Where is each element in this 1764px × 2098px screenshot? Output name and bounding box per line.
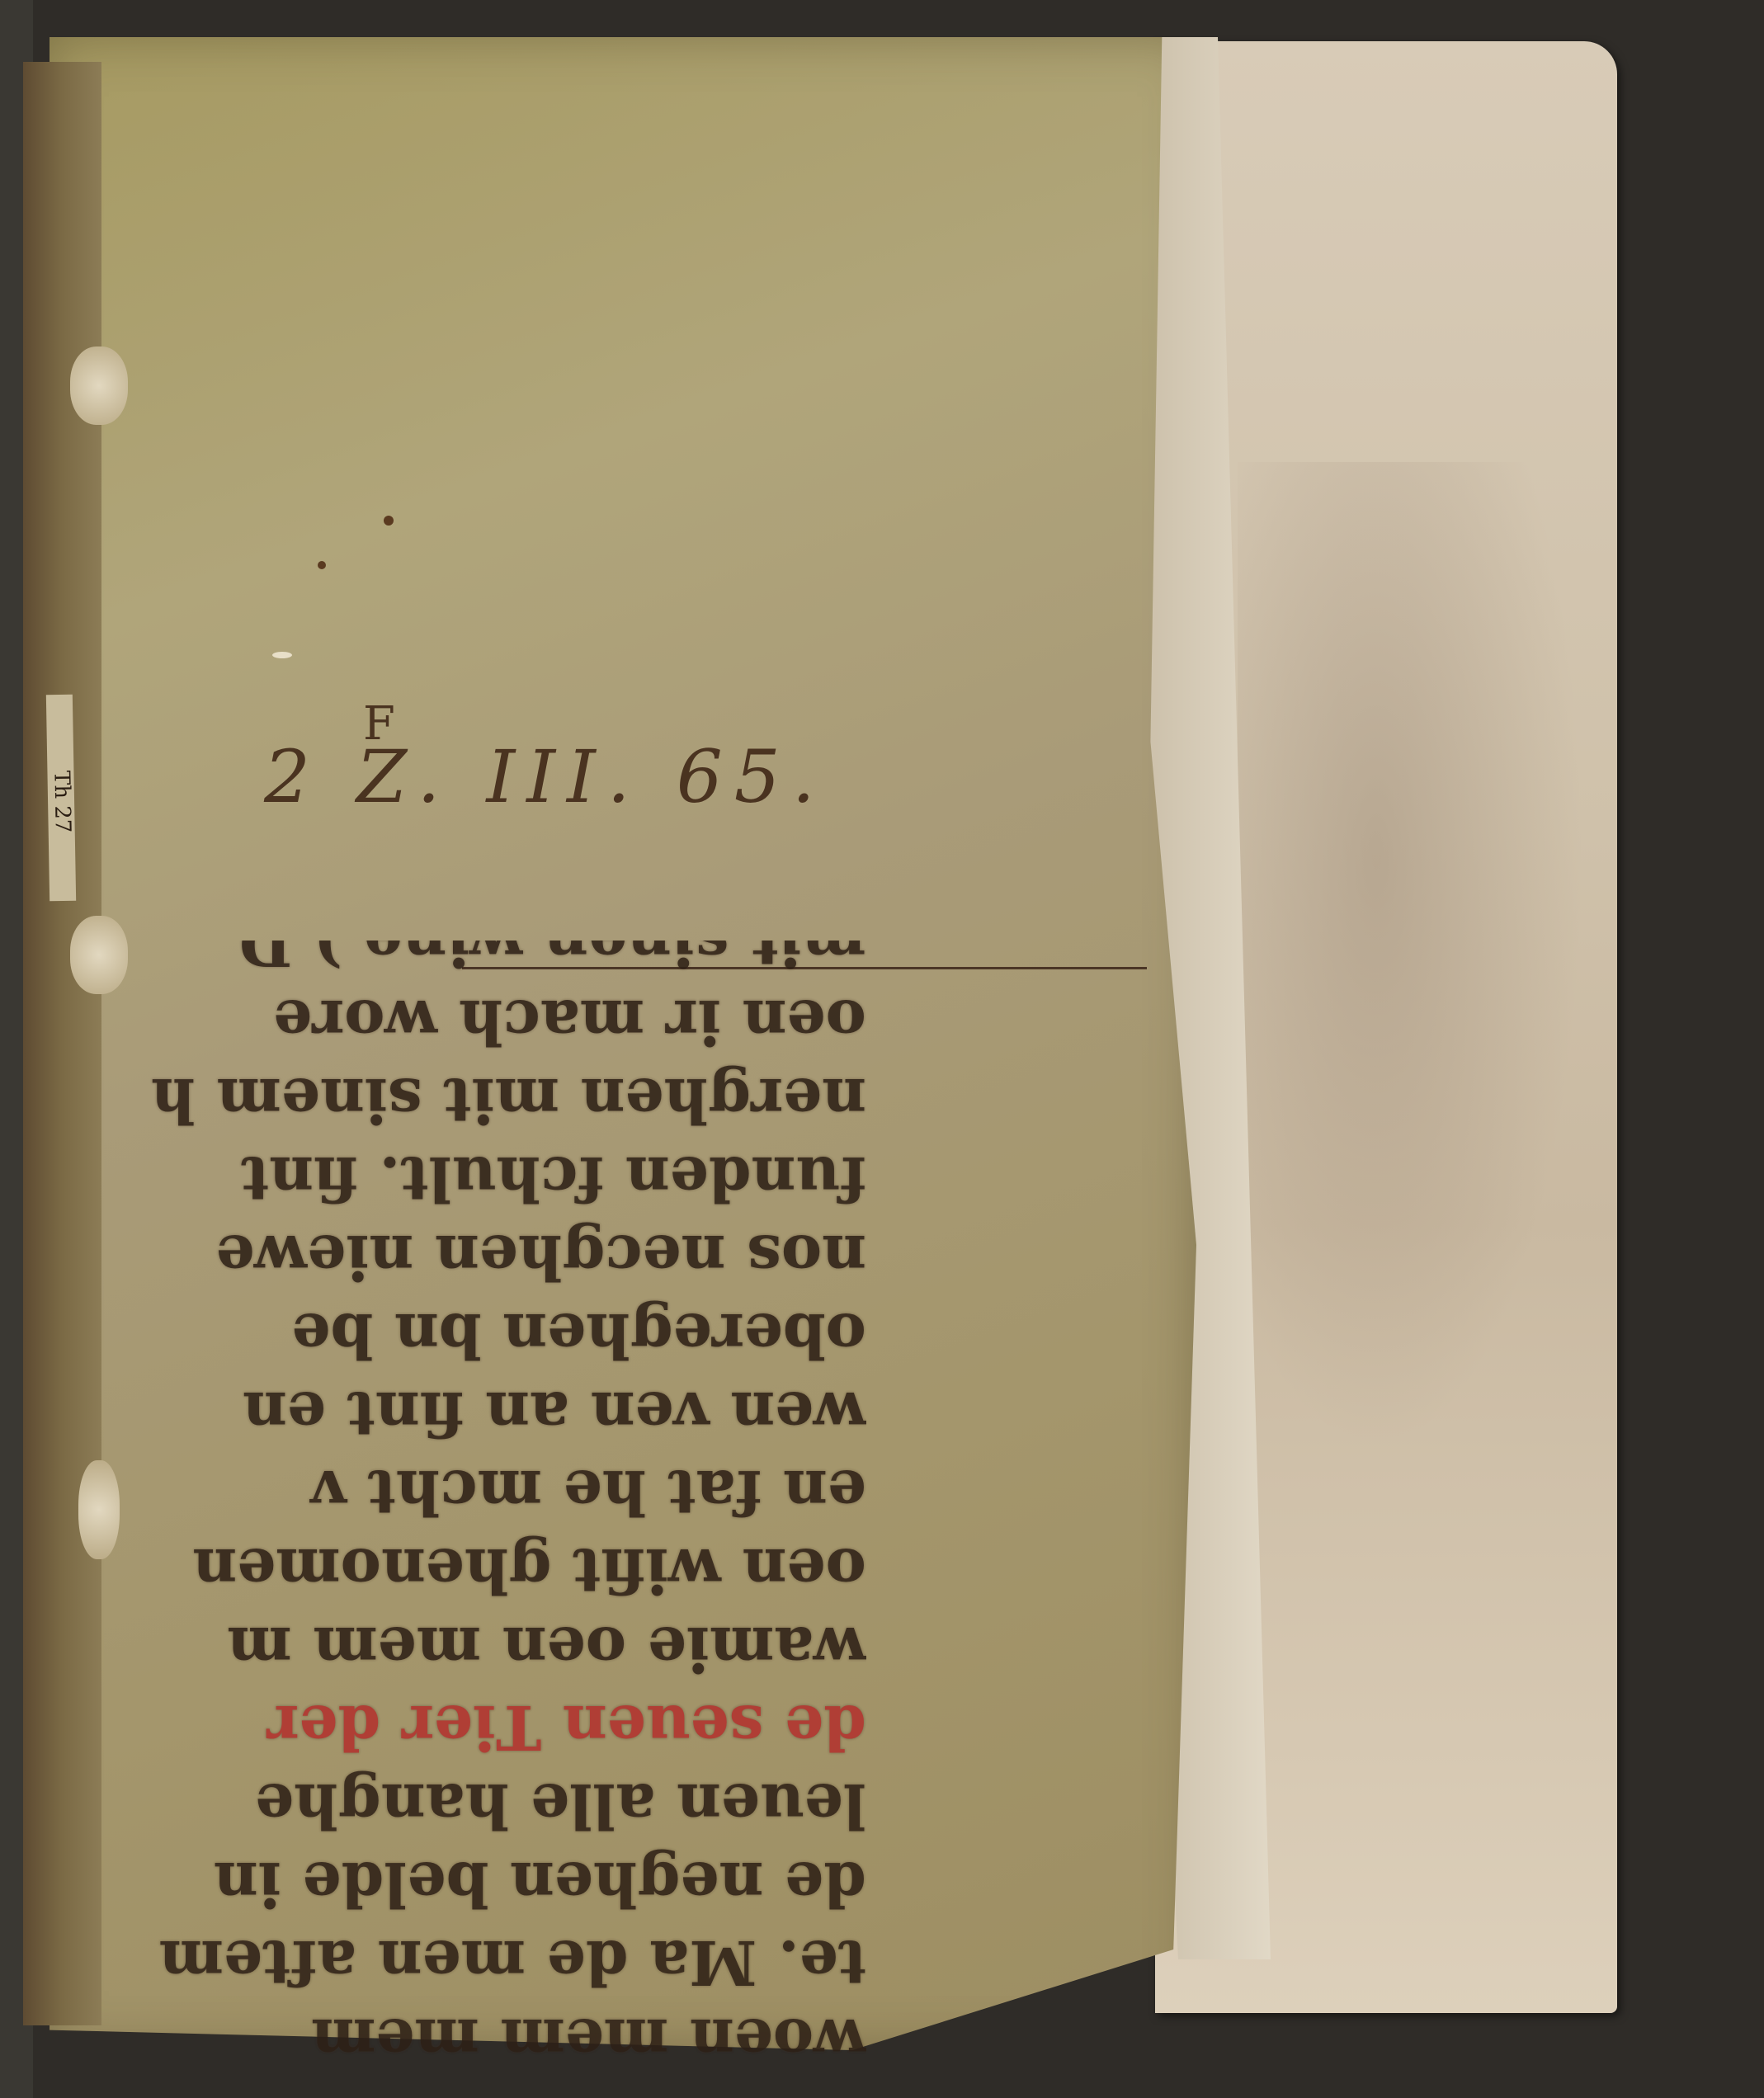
text-line: mit sinen wine ) D bbox=[91, 941, 866, 982]
hole bbox=[272, 652, 292, 658]
shelfmark: 2 Z. III. 65. bbox=[264, 734, 827, 819]
reversed-gothic-text: woen mem mem te. Ma de men aftem de negh… bbox=[91, 941, 866, 2079]
text-line: wen ven an fint en bbox=[91, 1374, 866, 1452]
text-line: te. Ma de men aftem bbox=[91, 1922, 866, 2001]
text-line: obereghen bn be bbox=[91, 1295, 866, 1374]
water-stain bbox=[1238, 462, 1584, 1452]
text-line-rubric: de seuen Tier der bbox=[91, 1687, 866, 1766]
text-line: woen mem mem bbox=[91, 2001, 866, 2079]
text-line: leuen alle hanghe bbox=[91, 1766, 866, 1844]
text-line: nerghen mit sinem h bbox=[91, 1060, 866, 1139]
text-line: oen wifit ghenomen bbox=[91, 1530, 866, 1609]
text-line: wamie oen mem m bbox=[91, 1609, 866, 1687]
text-line: de neghen belde in bbox=[91, 1844, 866, 1922]
text-line: nos necghen niewe bbox=[91, 1217, 866, 1295]
ink-spot bbox=[318, 561, 326, 569]
spine-label: Th 27 bbox=[46, 695, 76, 902]
text-line: funden fchult. fint bbox=[91, 1139, 866, 1217]
text-line: en fat he mcht v bbox=[91, 1452, 866, 1530]
sewing-knot bbox=[70, 347, 128, 425]
ink-spot bbox=[384, 516, 394, 526]
text-line: oen ir mach wore bbox=[91, 982, 866, 1060]
